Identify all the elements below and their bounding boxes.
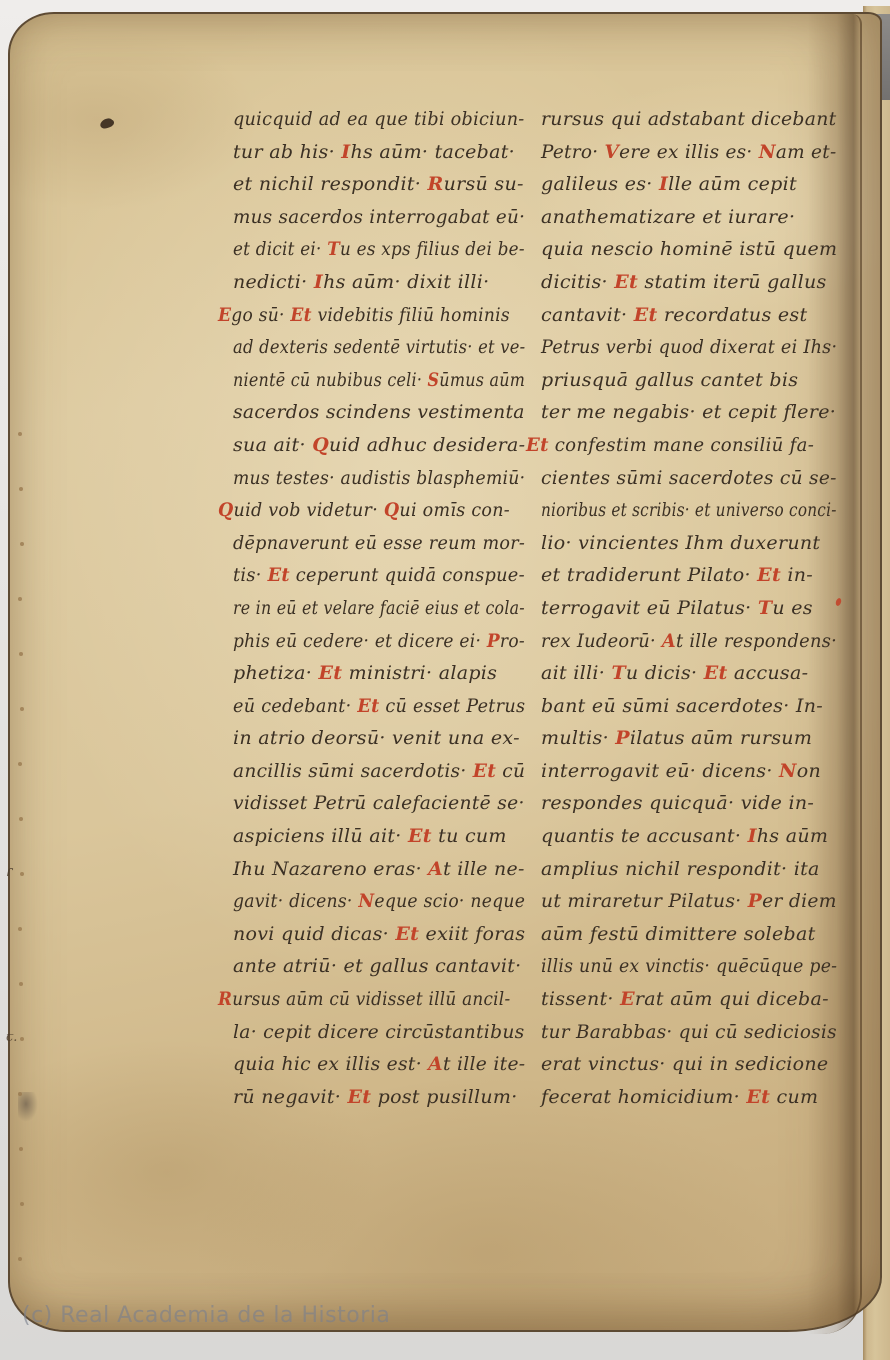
text-line: nedicti· Ihs aūm· dixit illi·	[233, 266, 525, 299]
text-line: ante atriū· et gallus cantavit·	[233, 950, 525, 983]
prick-mark	[20, 707, 24, 711]
text-line: phetiza· Et ministri· alapis	[233, 657, 525, 690]
text-line: re in eū et velare faciē eius et cola-	[233, 592, 476, 625]
text-line: sacerdos scindens vestimenta	[233, 396, 521, 429]
text-line: et tradiderunt Pilato· Et in-	[541, 559, 837, 592]
rubric-initial: Et	[408, 825, 432, 847]
text-line: cientes sūmi sacerdotes cū se-	[541, 462, 830, 495]
text-line: Ego sū· Et videbitis filiū hominis	[218, 299, 494, 332]
rubric-initial: Et	[290, 304, 311, 326]
prick-mark	[19, 817, 23, 821]
prick-mark	[20, 1037, 24, 1041]
text-line: aspiciens illū ait· Et tu cum	[233, 820, 525, 853]
text-line: nientē cū nubibus celi· Sūmus aūm	[233, 364, 478, 397]
text-line: bant eū sūmi sacerdotes· In-	[541, 690, 837, 723]
rubric-initial: E	[620, 988, 635, 1010]
text-line: Ihu Nazareno eras· At ille ne-	[233, 853, 523, 886]
text-line: mus sacerdos interrogabat eū·	[233, 201, 514, 234]
rubric-initial: Q	[312, 434, 329, 456]
text-line: quia nescio hominē istū quem	[541, 233, 837, 266]
prick-mark	[18, 927, 22, 931]
text-line: Quid vob videtur· Qui omīs con-	[218, 494, 501, 527]
rubric-initial: Et	[347, 1086, 371, 1108]
text-line: anathematizare et iurare·	[541, 201, 837, 234]
rubric-initial: P	[748, 890, 762, 912]
text-line: tur Barabbas· qui cū sediciosis	[541, 1016, 827, 1049]
text-line: mus testes· audistis blasphemiū·	[233, 462, 497, 495]
text-line: et dicit ei· Tu es xps filius dei be-	[233, 233, 491, 266]
text-line: ait illi· Tu dicis· Et accusa-	[541, 657, 837, 690]
rubric-initial: T	[327, 238, 340, 260]
rubric-initial: Et	[268, 564, 290, 586]
rubric-initial: A	[662, 630, 676, 652]
text-line: eū cedebant· Et cū esset Petrus	[233, 690, 504, 723]
prick-mark	[19, 1147, 23, 1151]
rubric-initial: S	[428, 369, 440, 391]
prick-mark	[19, 652, 23, 656]
rubric-initial: T	[611, 662, 625, 684]
text-line: nioribus et scribis· et universo conci-	[541, 494, 778, 527]
text-line: dēpnaverunt eū esse reum mor-	[233, 527, 503, 560]
text-line: respondes quicquā· vide in-	[541, 787, 837, 820]
text-column-right: rursus qui adstabant dicebantPetro· Vere…	[541, 103, 837, 1113]
rubric-initial: Q	[384, 499, 400, 521]
text-line: tis· Et ceperunt quidā conspue-	[233, 559, 505, 592]
text-line: tur ab his· Ihs aūm· tacebat·	[233, 136, 525, 169]
manuscript-scan: { "document": { "kind_label": "Medieval …	[0, 0, 890, 1360]
text-line: ut miraretur Pilatus· Per diem	[541, 885, 832, 918]
text-line: amplius nichil respondit· ita	[541, 853, 837, 886]
rubric-initial: Et	[318, 662, 342, 684]
prick-mark	[18, 597, 22, 601]
text-line: in atrio deorsū· venit una ex-	[233, 722, 525, 755]
rubric-initial: N	[779, 760, 797, 782]
text-line: rū negavit· Et post pusillum·	[233, 1081, 525, 1114]
text-line: sua ait· Quid adhuc desidera-	[233, 429, 525, 462]
rubric-initial: A	[428, 1053, 443, 1075]
text-line: la· cepit dicere circūstantibus	[233, 1016, 520, 1049]
text-line: terrogavit eū Pilatus· Tu es	[541, 592, 837, 625]
rubric-initial: Et	[614, 271, 638, 293]
margin-smudge	[18, 1092, 38, 1122]
rubric-initial: Et	[634, 304, 658, 326]
rubric-initial: N	[358, 890, 374, 912]
rubric-initial: A	[428, 858, 443, 880]
rubric-initial: Et	[746, 1086, 770, 1108]
rubric-initial: Et	[704, 662, 728, 684]
rubric-initial: R	[427, 173, 443, 195]
rubric-initial: I	[748, 825, 757, 847]
text-line: aūm festū dimittere solebat	[541, 918, 837, 951]
margin-pen-mark: ꞇ.	[6, 1030, 18, 1046]
text-line: quicquid ad ea que tibi obiciun-	[233, 103, 504, 136]
text-line: Petrus verbi quod dixerat ei Ihs·	[541, 331, 815, 364]
rubric-initial: I	[314, 271, 323, 293]
text-line: tissent· Erat aūm qui diceba-	[541, 983, 837, 1016]
text-line: rursus qui adstabant dicebant	[541, 103, 834, 136]
rubric-initial: Q	[218, 499, 234, 521]
text-line: ancillis sūmi sacerdotis· Et cū	[233, 755, 518, 788]
text-line: lio· vincientes Ihm duxerunt	[541, 527, 837, 560]
text-line: dicitis· Et statim iterū gallus	[541, 266, 837, 299]
text-line: quantis te accusant· Ihs aūm	[541, 820, 837, 853]
rubric-initial: Et	[357, 695, 379, 717]
prick-mark	[19, 982, 23, 986]
prick-mark	[18, 432, 22, 436]
text-line: priusquā gallus cantet bis	[541, 364, 837, 397]
text-line: novi quid dicas· Et exiit foras	[233, 918, 525, 951]
text-line: interrogavit eū· dicens· Non	[541, 755, 837, 788]
text-line: vidisset Petrū calefacientē se·	[233, 787, 520, 820]
rubric-initial: R	[218, 988, 232, 1010]
prick-mark	[20, 1202, 24, 1206]
prick-mark	[18, 762, 22, 766]
rubric-initial: I	[659, 173, 668, 195]
prick-mark	[20, 872, 24, 876]
copyright-watermark: (c) Real Academia de la Historia	[22, 1303, 390, 1328]
rubric-initial: Et	[526, 434, 549, 456]
text-line: quia hic ex illis est· At ille ite-	[233, 1048, 520, 1081]
margin-pen-mark: ɾ	[6, 862, 18, 878]
rubric-initial: Et	[757, 564, 781, 586]
rubric-initial: Et	[473, 760, 496, 782]
text-line: multis· Pilatus aūm rursum	[541, 722, 837, 755]
rubric-initial: Et	[395, 923, 419, 945]
text-line: gavit· dicens· Neque scio· neque	[233, 885, 497, 918]
prick-mark	[19, 487, 23, 491]
prick-mark	[18, 1092, 22, 1096]
text-column-left: quicquid ad ea que tibi obiciun-tur ab h…	[233, 103, 525, 1113]
text-line: erat vinctus· qui in sedicione	[541, 1048, 837, 1081]
text-line: galileus es· Ille aūm cepit	[541, 168, 837, 201]
text-line: cantavit· Et recordatus est	[541, 299, 837, 332]
text-line: rex Iudeorū· At ille respondens·	[541, 625, 818, 658]
rubric-initial: V	[605, 141, 620, 163]
rubric-initial: P	[487, 630, 500, 652]
text-line: ad dexteris sedentē virtutis· et ve-	[233, 331, 484, 364]
text-line: Et confestim mane consiliū fa-	[526, 429, 822, 462]
text-line: fecerat homicidium· Et cum	[541, 1081, 837, 1114]
rubric-initial: P	[615, 727, 630, 749]
rubric-initial: E	[218, 304, 231, 326]
text-line: phis eū cedere· et dicere ei· Pro-	[233, 625, 495, 658]
rubric-initial: T	[758, 597, 772, 619]
rubric-initial: N	[759, 141, 776, 163]
text-line: Petro· Vere ex illis es· Nam et-	[541, 136, 828, 169]
text-line: Rursus aūm cū vidisset illū ancil-	[218, 983, 490, 1016]
prick-mark	[18, 1257, 22, 1261]
text-line: illis unū ex vinctis· quēcūque pe-	[541, 950, 810, 983]
text-line: et nichil respondit· Rursū su-	[233, 168, 525, 201]
prick-mark	[20, 542, 24, 546]
text-line: ter me negabis· et cepit flere·	[541, 396, 837, 429]
